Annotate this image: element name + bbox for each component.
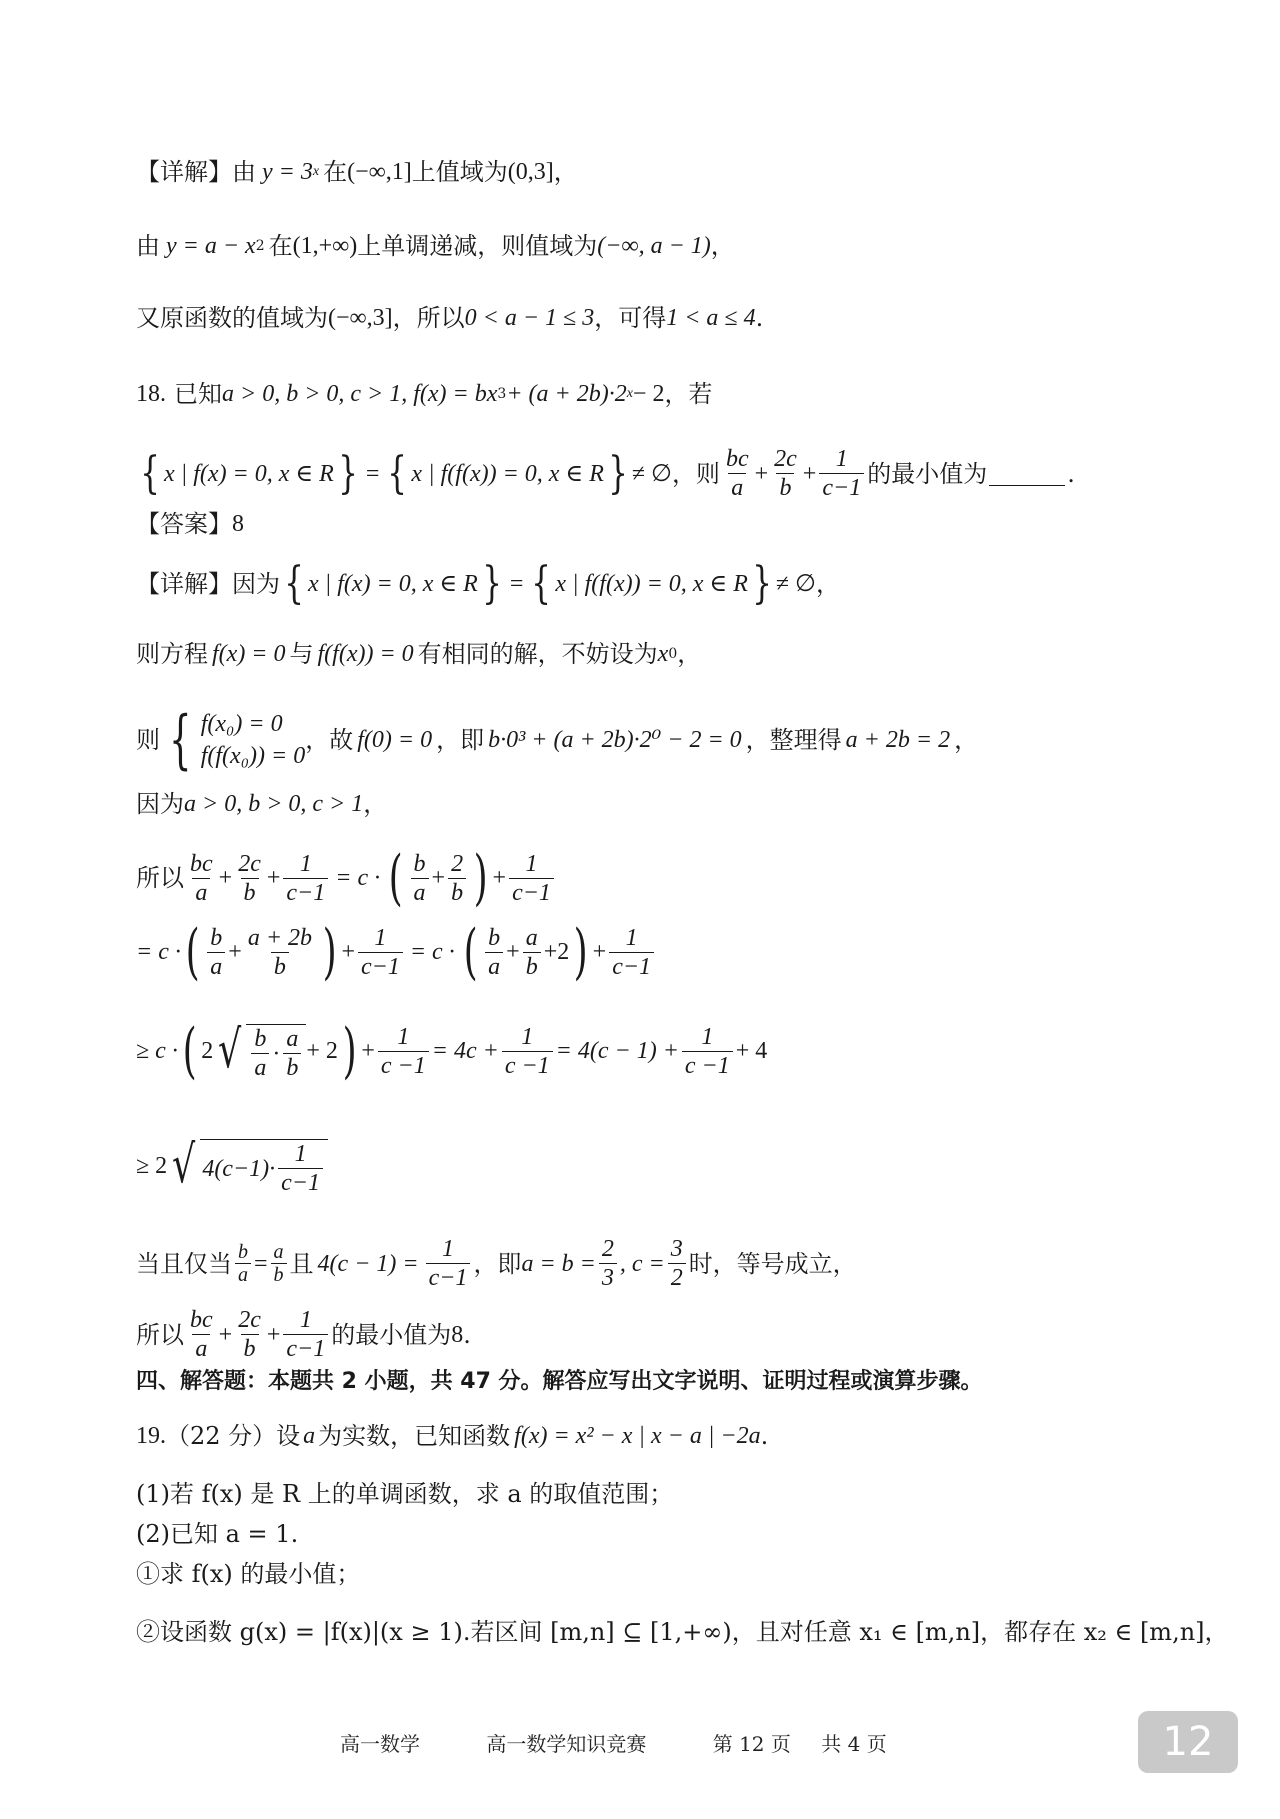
fraction: 1c−1 (819, 445, 864, 502)
q18-detail-line-6: = c · ( ba + a + 2bb ) + 1c−1 = c · ( ba… (136, 922, 657, 982)
q19-part-2: (2)已知 a = 1. (136, 1518, 298, 1550)
q17-detail-line-2: 由 y = a − x2 在 (1,+∞) 上单调递减，则值域为 (−∞, a … (136, 230, 735, 262)
q18-detail-line-10: 所以 bca + 2cb + 1c−1 的最小值为 8 . (136, 1306, 471, 1363)
square-root: √ ba · ab (213, 1020, 306, 1082)
document-page: 【详解】 由 y = 3x 在 (−∞,1] 上值域为 (0,3] ， 由 y … (0, 0, 1280, 1819)
q19-stem: 19. （22 分） 设 a 为实数，已知函数 f(x) = x² − x | … (136, 1420, 768, 1452)
left-brace: { (388, 452, 408, 496)
square-root: √ 4(c−1)· 1c−1 (167, 1135, 328, 1197)
question-points: （22 分） (166, 1420, 276, 1452)
detail-label: 【详解】 (136, 568, 232, 600)
right-brace: } (338, 452, 358, 496)
footer-page-number: 第 12 页 (713, 1732, 791, 1756)
q17-detail-line-3: 又原函数的值域为 (−∞,3] ，所以 0 < a − 1 ≤ 3 ，可得 1 … (136, 302, 763, 334)
q17-detail-line-1: 【详解】 由 y = 3x 在 (−∞,1] 上值域为 (0,3] ， (136, 156, 578, 188)
page-footer: 高一数学 高一数学知识竞赛 第 12 页 共 4 页 (340, 1728, 947, 1757)
answer-blank (989, 462, 1065, 486)
equation-system: { f(x₀) = 0 f(f(x₀)) = 0 (160, 708, 305, 772)
page-number-badge: 12 (1138, 1711, 1238, 1773)
q18-detail-line-1: 【详解】 因为 {x | f(x) = 0, x ∈ R} = {x | f(f… (136, 562, 840, 606)
q18-detail-line-4: 因为 a > 0, b > 0, c > 1 ， (136, 788, 387, 820)
q18-detail-line-7: ≥ c · ( 2 √ ba · ab + 2 ) + 1c −1 = 4c +… (136, 1020, 767, 1082)
q18-answer-line: 【答案】 8 (136, 508, 244, 540)
question-number: 18. (136, 378, 166, 410)
detail-label: 【详解】 (136, 156, 232, 188)
answer-value: 8 (232, 508, 244, 540)
left-brace: { (140, 452, 160, 496)
q19-sub-1: ①求 f(x) 的最小值； (136, 1558, 360, 1590)
answer-label: 【答案】 (136, 508, 232, 540)
question-number: 19. (136, 1420, 166, 1452)
q18-detail-line-2: 则方程 f(x) = 0 与 f(f(x)) = 0 有相同的解，不妨设为 x0… (136, 638, 701, 670)
q18-stem-line-1: 18. 已知 a > 0, b > 0, c > 1, f(x) = bx3 +… (136, 378, 712, 410)
q19-sub-2: ②设函数 g(x) = |f(x)|(x ≥ 1).若区间 [m,n] ⊆ [1… (136, 1616, 1229, 1648)
footer-subject: 高一数学 (340, 1732, 420, 1756)
right-brace: } (608, 452, 628, 496)
q18-detail-line-8: ≥ 2 √ 4(c−1)· 1c−1 (136, 1135, 328, 1197)
footer-total-pages: 共 4 页 (821, 1732, 886, 1756)
fraction: 2cb (771, 445, 800, 502)
final-answer: 8 (451, 1319, 463, 1351)
footer-exam-title: 高一数学知识竞赛 (486, 1732, 646, 1756)
q18-stem-line-2: { x | f(x) = 0, x ∈ R } = { x | f(f(x)) … (136, 445, 1075, 502)
section-heading: 四、解答题：本题共 2 小题，共 47 分。解答应写出文字说明、证明过程或演算步… (136, 1366, 983, 1398)
q19-part-1: (1)若 f(x) 是 R 上的单调函数，求 a 的取值范围； (136, 1478, 673, 1510)
q18-detail-line-5: 所以 bca + 2cb + 1c−1 = c · ( ba + 2b ) + … (136, 848, 557, 908)
q18-detail-line-9: 当且仅当 ba = ab 且 4(c − 1) = 1c−1 ，即 a = b … (136, 1235, 857, 1292)
fraction: bca (723, 445, 752, 502)
q18-detail-line-3: 则 { f(x₀) = 0 f(f(x₀)) = 0 ，故 f(0) = 0 ，… (136, 708, 978, 772)
